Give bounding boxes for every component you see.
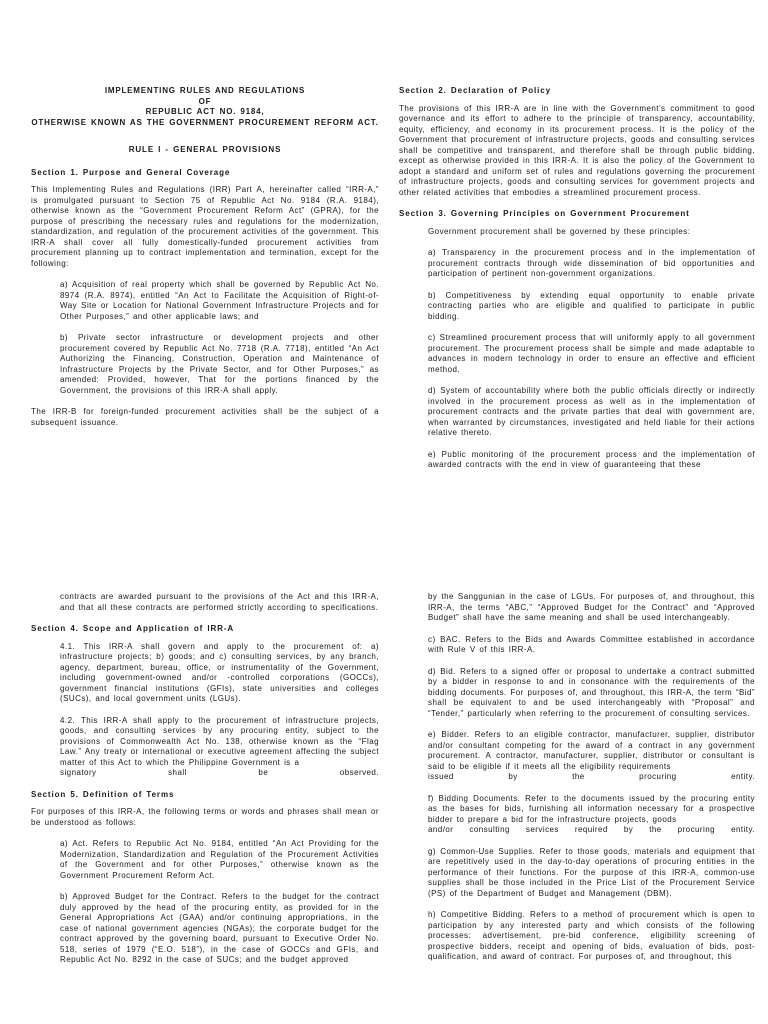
definition-item-f-text: f) Bidding Documents. Refer to the docum… — [428, 794, 755, 824]
definition-item-b: b) Approved Budget for the Contract. Ref… — [31, 892, 379, 966]
section-4-item-4-2-text: 4.2. This IRR-A shall apply to the procu… — [60, 716, 379, 767]
section-3-item-b: b) Competitiveness by extending equal op… — [399, 291, 755, 323]
section-3-item-d: d) System of accountability where both t… — [399, 386, 755, 439]
left-column-bottom: contracts are awarded pursuant to the pr… — [31, 592, 379, 977]
section-3-item-a: a) Transparency in the procurement proce… — [399, 248, 755, 280]
section-5-heading: Section 5. Definition of Terms — [31, 790, 379, 801]
right-column-top: Section 2. Declaration of Policy The pro… — [399, 86, 755, 482]
section-3-item-e: e) Public monitoring of the procurement … — [399, 450, 755, 471]
definition-item-h: h) Competitive Bidding. Refers to a meth… — [399, 910, 755, 963]
section-3-heading: Section 3. Governing Principles on Gover… — [399, 209, 755, 220]
definition-item-g: g) Common-Use Supplies. Refer to those g… — [399, 847, 755, 900]
section-4-item-4-1: 4.1. This IRR-A shall govern and apply t… — [31, 642, 379, 705]
definition-item-e-last-line: issued by the procuring entity. — [428, 772, 755, 783]
section-1-item-b: b) Private sector infrastructure or deve… — [31, 333, 379, 396]
section-1-item-a: a) Acquisition of real property which sh… — [31, 280, 379, 322]
title-line: REPUBLIC ACT NO. 9184, — [31, 107, 379, 118]
right-column-bottom: by the Sanggunian in the case of LGUs. F… — [399, 592, 755, 974]
title-line: OF — [31, 97, 379, 108]
section-1-heading: Section 1. Purpose and General Coverage — [31, 168, 379, 179]
definition-item-f: f) Bidding Documents. Refer to the docum… — [399, 794, 755, 836]
section-4-item-4-2-last-line: signatory shall be observed. — [60, 768, 379, 779]
section-2-paragraph: The provisions of this IRR-A are in line… — [399, 104, 755, 199]
section-4-item-4-2: 4.2. This IRR-A shall apply to the procu… — [31, 716, 379, 779]
definition-item-b-continuation: by the Sanggunian in the case of LGUs. F… — [399, 592, 755, 624]
section-3-continuation: contracts are awarded pursuant to the pr… — [31, 592, 379, 613]
definition-item-e-text: e) Bidder. Refers to an eligible contrac… — [428, 730, 755, 771]
document-title: IMPLEMENTING RULES AND REGULATIONS OF RE… — [31, 86, 379, 128]
definition-item-f-last-line: and/or consulting services required by t… — [428, 825, 755, 836]
section-5-intro: For purposes of this IRR-A, the followin… — [31, 807, 379, 828]
section-1-paragraph: This Implementing Rules and Regulations … — [31, 185, 379, 269]
definition-item-c: c) BAC. Refers to the Bids and Awards Co… — [399, 635, 755, 656]
section-1-closing-paragraph: The IRR-B for foreign-funded procurement… — [31, 407, 379, 428]
section-3-intro: Government procurement shall be governed… — [399, 227, 755, 238]
document-page: IMPLEMENTING RULES AND REGULATIONS OF RE… — [0, 0, 768, 1024]
title-line: OTHERWISE KNOWN AS THE GOVERNMENT PROCUR… — [31, 118, 379, 129]
definition-item-e: e) Bidder. Refers to an eligible contrac… — [399, 730, 755, 783]
title-line: IMPLEMENTING RULES AND REGULATIONS — [31, 86, 379, 97]
definition-item-a: a) Act. Refers to Republic Act No. 9184,… — [31, 839, 379, 881]
rule-1-heading: RULE I - GENERAL PROVISIONS — [31, 145, 379, 156]
section-3-item-c: c) Streamlined procurement process that … — [399, 333, 755, 375]
definition-item-d: d) Bid. Refers to a signed offer or prop… — [399, 667, 755, 720]
section-4-heading: Section 4. Scope and Application of IRR-… — [31, 624, 379, 635]
section-2-heading: Section 2. Declaration of Policy — [399, 86, 755, 97]
left-column-top: IMPLEMENTING RULES AND REGULATIONS OF RE… — [31, 86, 379, 439]
